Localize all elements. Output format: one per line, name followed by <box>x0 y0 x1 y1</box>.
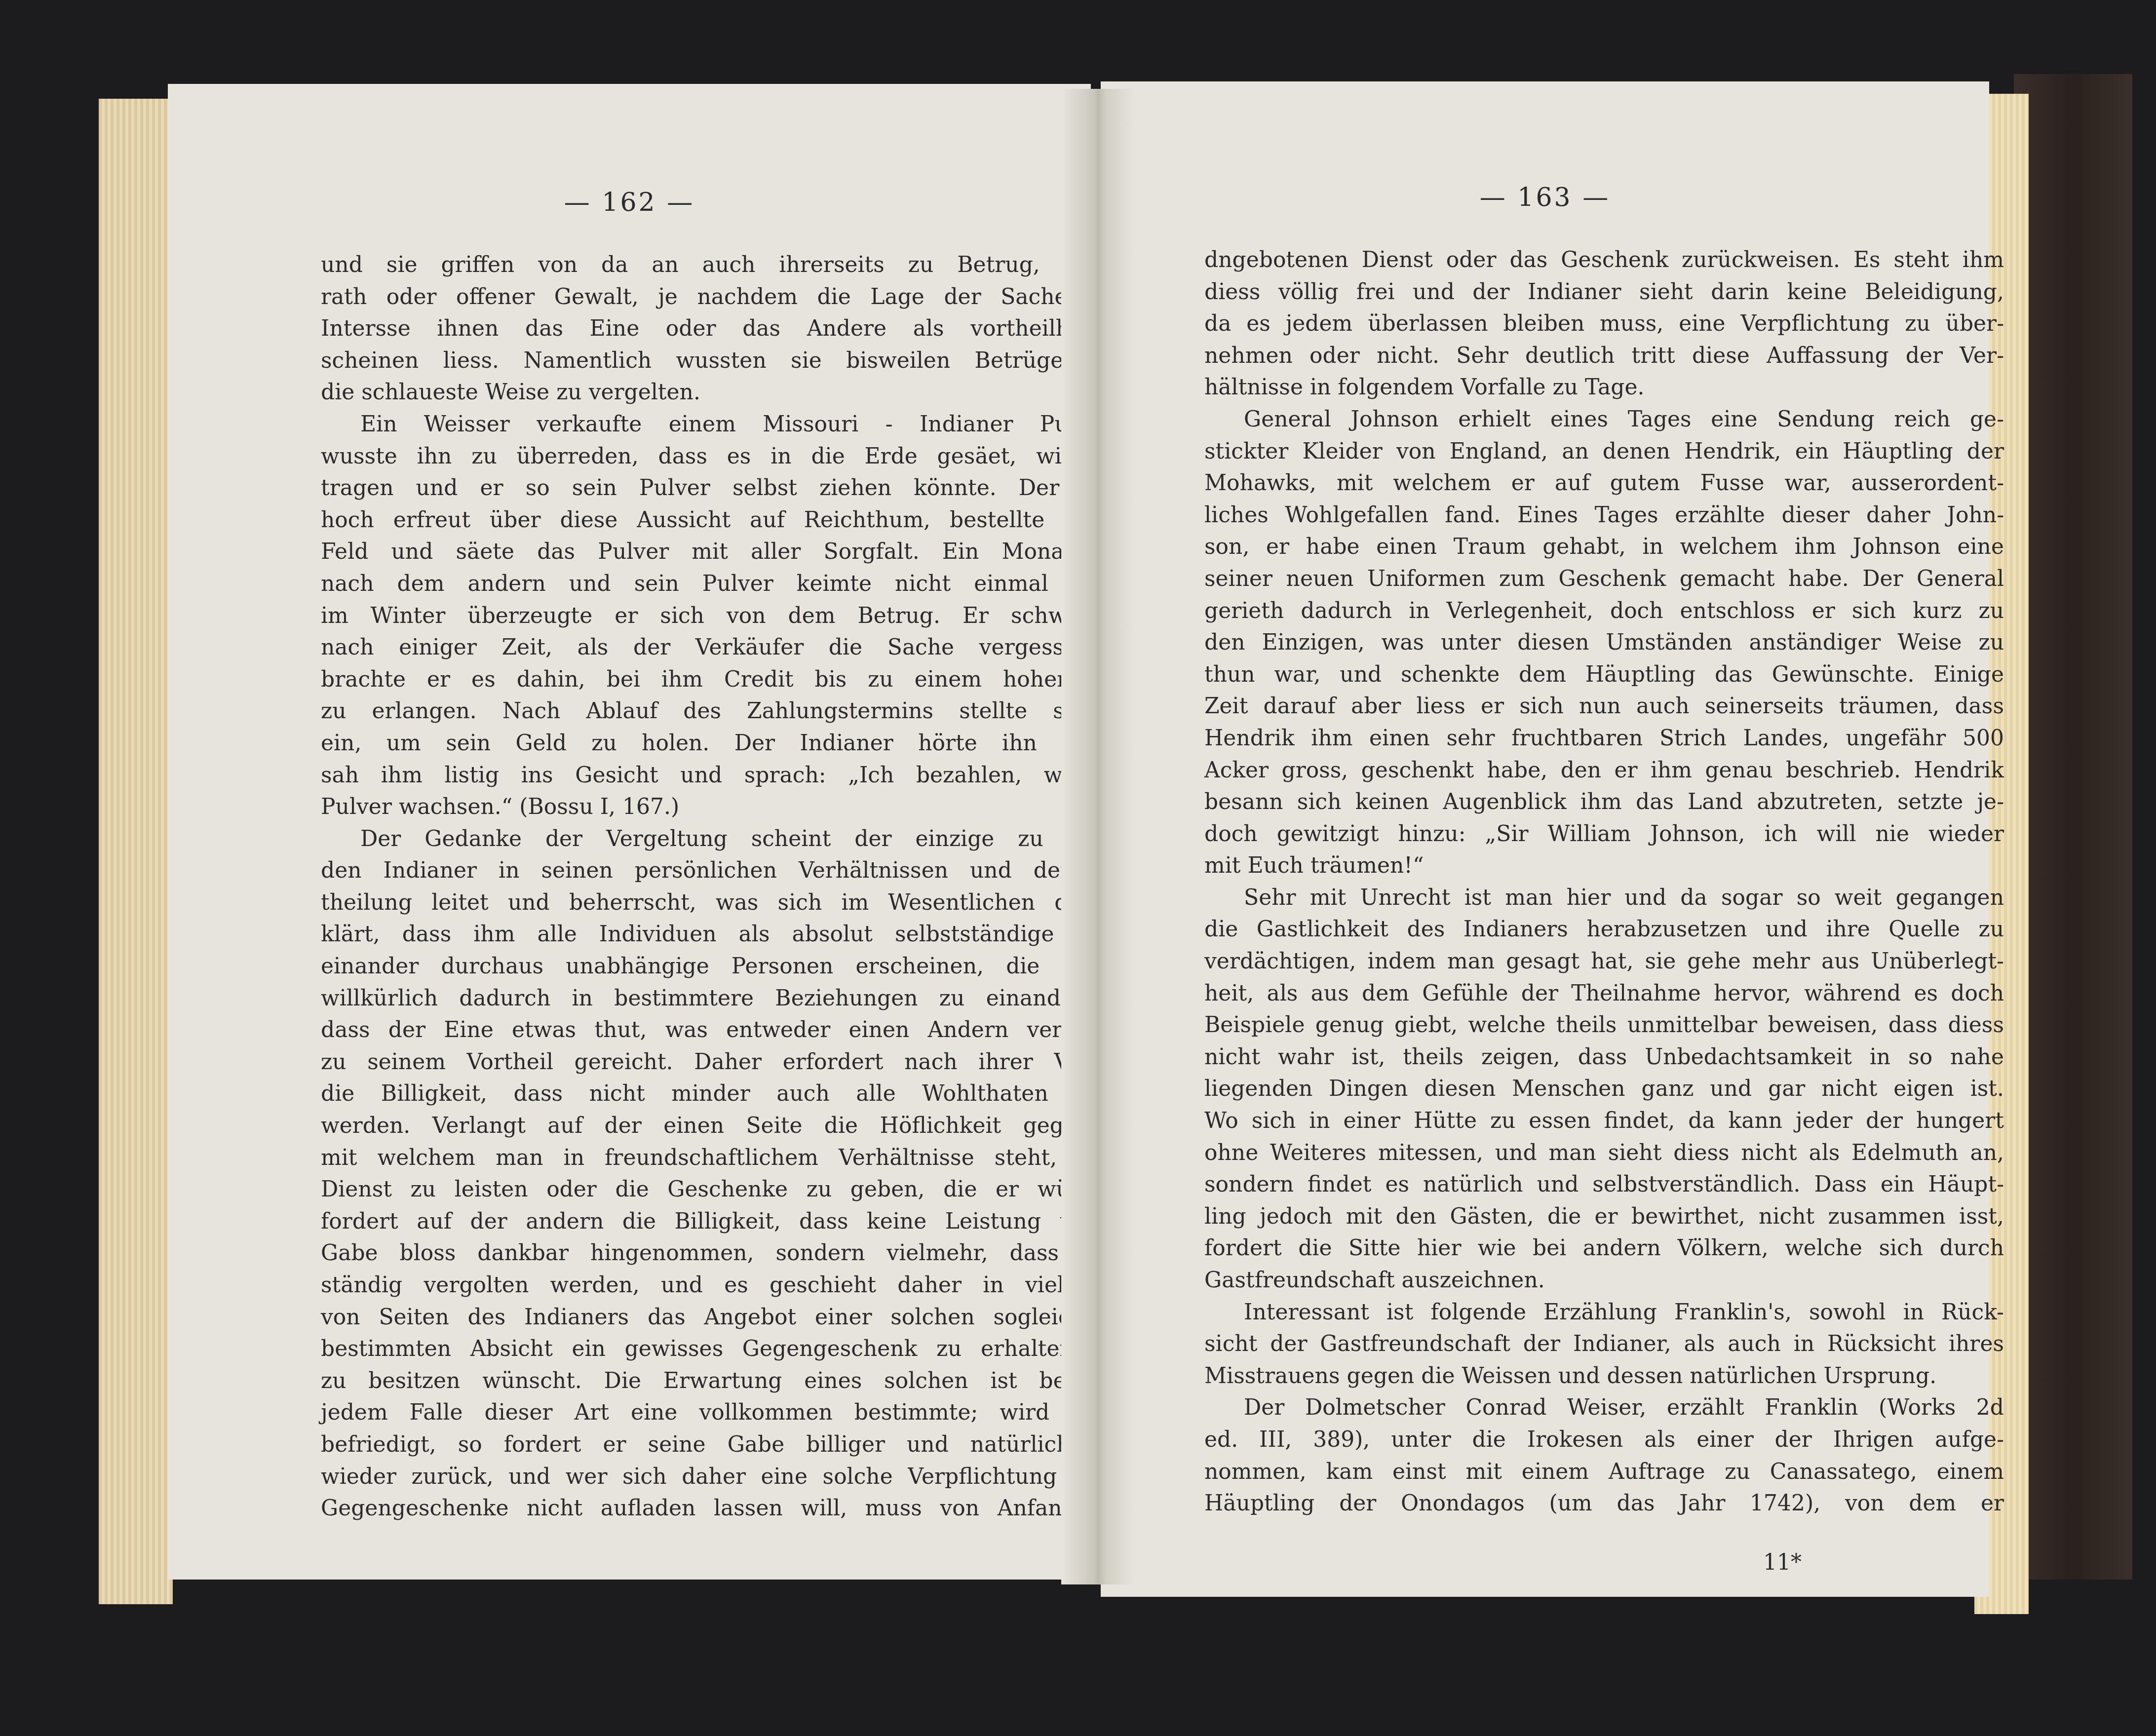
text-line: hoch erfreut über diese Aussicht auf Rei… <box>321 504 1180 537</box>
text-line: Beispiele genug giebt, welche theils unm… <box>1204 1009 2004 1042</box>
text-line: ständig vergolten werden, und es geschie… <box>321 1270 1180 1302</box>
text-line: Feld und säete das Pulver mit aller Sorg… <box>321 536 1180 568</box>
page-stack-left <box>99 99 173 1604</box>
text-line: Interessant ist folgende Erzählung Frank… <box>1204 1297 2004 1329</box>
text-line: die Gastlichkeit des Indianers herabzuse… <box>1204 914 2004 946</box>
text-line: sah ihm listig ins Gesicht und sprach: „… <box>321 760 1180 792</box>
text-line: Wo sich in einer Hütte zu essen findet, … <box>1204 1105 2004 1137</box>
text-line: hältnisse in folgendem Vorfalle zu Tage. <box>1204 372 2004 404</box>
text-line: thun war, und schenkte dem Häuptling das… <box>1204 659 2004 691</box>
left-page: — 162 — und sie griffen von da an auch i… <box>168 84 1091 1580</box>
text-line: Gastfreundschaft auszeichnen. <box>1204 1265 2004 1297</box>
text-line: theilung leitet und beherrscht, was sich… <box>321 887 1180 919</box>
text-line: besann sich keinen Augenblick ihm das La… <box>1204 786 2004 818</box>
text-line: mit welchem man in freundschaftlichem Ve… <box>321 1142 1180 1174</box>
page-number: — 163 — <box>1101 183 1989 212</box>
text-line: Der Dolmetscher Conrad Weiser, erzählt F… <box>1204 1392 2004 1424</box>
text-line: Dienst zu leisten oder die Geschenke zu … <box>321 1174 1180 1206</box>
text-line: den Indianer in seinen persönlichen Verh… <box>321 855 1180 887</box>
text-line: ein, um sein Geld zu holen. Der Indianer… <box>321 728 1180 760</box>
page-number: — 162 — <box>168 188 1091 217</box>
text-line: Misstrauens gegen die Weissen und dessen… <box>1204 1360 2004 1392</box>
text-line: tragen und er so sein Pulver selbst zieh… <box>321 472 1180 504</box>
text-line: brachte er es dahin, bei ihm Credit bis … <box>321 664 1180 696</box>
text-line: willkürlich dadurch in bestimmtere Bezie… <box>321 983 1180 1015</box>
text-line: dass der Eine etwas thut, was entweder e… <box>321 1014 1180 1046</box>
text-line: mit Euch träumen!“ <box>1204 850 2004 882</box>
text-line: wusste ihn zu überreden, dass es in die … <box>321 441 1180 473</box>
text-line: nommen, kam einst mit einem Auftrage zu … <box>1204 1456 2004 1488</box>
text-line: Häuptling der Onondagos (um das Jahr 174… <box>1204 1488 2004 1520</box>
text-line: da es jedem überlassen bleiben muss, ein… <box>1204 308 2004 340</box>
text-line: ed. III, 389), unter die Irokesen als ei… <box>1204 1424 2004 1456</box>
text-line: wieder zurück, und wer sich daher eine s… <box>321 1461 1180 1493</box>
text-line: liegenden Dingen diesen Menschen ganz un… <box>1204 1073 2004 1105</box>
text-line: ling jedoch mit den Gästen, die er bewir… <box>1204 1201 2004 1233</box>
text-line: nach einiger Zeit, als der Verkäufer die… <box>321 632 1180 664</box>
text-line: Acker gross, geschenkt habe, den er ihm … <box>1204 755 2004 787</box>
text-line: sicht der Gastfreundschaft der Indianer,… <box>1204 1328 2004 1360</box>
text-line: zu seinem Vortheil gereicht. Daher erfor… <box>321 1046 1180 1079</box>
text-line: zu besitzen wünscht. Die Erwartung eines… <box>321 1365 1180 1397</box>
text-line: nehmen oder nicht. Sehr deutlich tritt d… <box>1204 340 2004 372</box>
text-line: Gegengeschenke nicht aufladen lassen wil… <box>321 1493 1180 1525</box>
text-line: scheinen liess. Namentlich wussten sie b… <box>321 345 1180 377</box>
text-line: fordert die Sitte hier wie bei andern Vö… <box>1204 1233 2004 1265</box>
text-line: Zeit darauf aber liess er sich nun auch … <box>1204 691 2004 723</box>
text-line: rath oder offener Gewalt, je nachdem die… <box>321 281 1180 313</box>
text-line: und sie griffen von da an auch ihrerseit… <box>321 249 1180 281</box>
text-line: Hendrik ihm einen sehr fruchtbaren Stric… <box>1204 723 2004 755</box>
text-line: zu erlangen. Nach Ablauf des Zahlungster… <box>321 695 1180 728</box>
text-line: seiner neuen Uniformen zum Geschenk gema… <box>1204 563 2004 595</box>
text-line: gerieth dadurch in Verlegenheit, doch en… <box>1204 595 2004 627</box>
text-line: Pulver wachsen.“ (Bossu I, 167.) <box>321 791 1180 823</box>
text-line: werden. Verlangt auf der einen Seite die… <box>321 1110 1180 1142</box>
text-line: im Winter überzeugte er sich von dem Bet… <box>321 600 1180 632</box>
text-line: ohne Weiteres mitessen, und man sieht di… <box>1204 1137 2004 1169</box>
text-line: einander durchaus unabhängige Personen e… <box>321 951 1180 983</box>
text-line: jedem Falle dieser Art eine vollkommen b… <box>321 1397 1180 1429</box>
text-line: von Seiten des Indianers das Angebot ein… <box>321 1302 1180 1334</box>
text-line: Mohawks, mit welchem er auf gutem Fusse … <box>1204 467 2004 500</box>
text-line: befriedigt, so fordert er seine Gabe bil… <box>321 1429 1180 1461</box>
text-line: Gabe bloss dankbar hingenommen, sondern … <box>321 1237 1180 1270</box>
text-line: heit, als aus dem Gefühle der Theilnahme… <box>1204 978 2004 1010</box>
text-line: doch gewitzigt hinzu: „Sir William Johns… <box>1204 818 2004 850</box>
text-line: die Billigkeit, dass nicht minder auch a… <box>321 1078 1180 1110</box>
text-line: stickter Kleider von England, an denen H… <box>1204 436 2004 468</box>
text-line: nicht wahr ist, theils zeigen, dass Unbe… <box>1204 1042 2004 1074</box>
right-page: — 163 — dngebotenen Dienst oder das Gesc… <box>1101 81 1989 1597</box>
text-line: Sehr mit Unrecht ist man hier und da sog… <box>1204 882 2004 914</box>
text-line: den Einzigen, was unter diesen Umständen… <box>1204 627 2004 659</box>
text-line: nach dem andern und sein Pulver keimte n… <box>321 568 1180 600</box>
text-line: Intersse ihnen das Eine oder das Andere … <box>321 313 1180 345</box>
text-line: son, er habe einen Traum gehabt, in welc… <box>1204 531 2004 563</box>
text-line: klärt, dass ihm alle Individuen als abso… <box>321 919 1180 951</box>
text-line: Ein Weisser verkaufte einem Missouri - I… <box>321 409 1180 441</box>
signature-mark: 11* <box>1763 1550 1802 1575</box>
text-line: verdächtigen, indem man gesagt hat, sie … <box>1204 946 2004 978</box>
book-gutter <box>1061 89 1135 1584</box>
page-text: und sie griffen von da an auch ihrerseit… <box>321 249 1180 1525</box>
page-text: dngebotenen Dienst oder das Geschenk zur… <box>1204 244 2004 1520</box>
text-line: die schlaueste Weise zu vergelten. <box>321 377 1180 409</box>
text-line: liches Wohlgefallen fand. Eines Tages er… <box>1204 500 2004 532</box>
text-line: General Johnson erhielt eines Tages eine… <box>1204 404 2004 436</box>
text-line: fordert auf der andern die Billigkeit, d… <box>321 1206 1180 1238</box>
text-line: bestimmten Absicht ein gewisses Gegenges… <box>321 1333 1180 1365</box>
text-line: dngebotenen Dienst oder das Geschenk zur… <box>1204 244 2004 276</box>
text-line: diess völlig frei und der Indianer sieht… <box>1204 276 2004 309</box>
book-cover-edge <box>2014 74 2132 1580</box>
text-line: Der Gedanke der Vergeltung scheint der e… <box>321 823 1180 855</box>
text-line: sondern findet es natürlich und selbstve… <box>1204 1169 2004 1201</box>
